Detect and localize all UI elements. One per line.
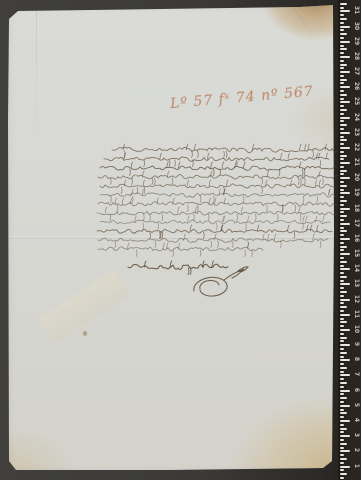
ruler-tick (340, 458, 347, 460)
ruler-tick (340, 45, 344, 47)
ruler-tick (340, 374, 350, 376)
ruler-number: 26 (352, 81, 360, 91)
ruler-number: 3 (352, 430, 360, 440)
ruler-tick (340, 291, 347, 293)
ruler-tick (340, 223, 350, 225)
ruler-tick (340, 382, 347, 384)
ruler-number: 13 (352, 278, 360, 288)
ruler-number: 9 (352, 339, 360, 349)
ruler-tick (340, 117, 350, 119)
ruler-number: 17 (352, 218, 360, 228)
ruler-tick (340, 265, 344, 267)
ruler-tick (340, 242, 344, 244)
ruler-tick (340, 22, 344, 24)
ruler-tick (340, 234, 344, 236)
ruler-tick (340, 325, 344, 327)
ruler-tick (340, 397, 347, 399)
ruler-tick (340, 151, 344, 153)
ruler-tick (340, 94, 347, 96)
ruler-tick (340, 390, 350, 392)
ruler-tick (340, 401, 344, 403)
ruler-tick (340, 416, 344, 418)
ruler-tick (340, 333, 344, 335)
ruler-tick (340, 450, 350, 452)
ruler-number: 25 (352, 96, 360, 106)
ruler-number: 15 (352, 248, 360, 258)
ruler-tick (340, 60, 344, 62)
ruler-number: 30 (352, 21, 360, 31)
ruler-tick (340, 253, 350, 255)
scan-photograph: Lº 57 fˢ 74 nº 567 313029282726252423222… (0, 0, 361, 480)
ruler-tick (340, 71, 350, 73)
ruler-tick (340, 321, 347, 323)
fold-crease-corner (284, 0, 319, 46)
ruler-tick (340, 37, 344, 39)
ruler-tick (340, 454, 344, 456)
fold-crease-vertical (36, 11, 37, 151)
ruler-tick (340, 86, 350, 88)
ruler-tick (340, 215, 347, 217)
ruler-tick (340, 18, 347, 20)
ruler-tick (340, 192, 350, 194)
ruler-tick (340, 136, 344, 138)
ruler-tick (340, 431, 344, 433)
ruler-tick (340, 359, 350, 361)
ruler-tick (340, 147, 350, 149)
ruler-tick (340, 246, 347, 248)
ruler-tick (340, 105, 344, 107)
ruler-tick (340, 447, 344, 449)
ruler-number: 6 (352, 385, 360, 395)
ruler-tick (340, 314, 350, 316)
ruler-tick (340, 52, 344, 54)
ruler-tick (340, 295, 344, 297)
ruler-tick (340, 10, 350, 12)
ruler-tick (340, 405, 350, 407)
ruler-tick (340, 139, 347, 141)
fold-crease-horizontal (9, 236, 333, 239)
ruler-tick (340, 14, 344, 16)
ruler-tick (340, 41, 350, 43)
ruler-number: 28 (352, 51, 360, 61)
ruler-tick (340, 412, 347, 414)
archival-reference-mark: Lº 57 fˢ 74 nº 567 (170, 84, 311, 112)
ruler-tick (340, 98, 344, 100)
ruler-tick (340, 329, 350, 331)
ruler-tick (340, 56, 350, 58)
ruler-tick (340, 340, 344, 342)
ruler-tick (340, 155, 347, 157)
ruler-tick (340, 424, 344, 426)
ruler-number: 8 (352, 354, 360, 364)
ruler-tick (340, 435, 350, 437)
ruler-tick (340, 109, 347, 111)
ruler-tick (340, 181, 344, 183)
ruler-tick (340, 386, 344, 388)
ruler-tick (340, 196, 344, 198)
ruler-tick (340, 393, 344, 395)
ruler-tick (340, 230, 347, 232)
ruler-tick (340, 268, 350, 270)
ruler-tick (340, 113, 344, 115)
ruler-tick (340, 48, 347, 50)
ruler-tick (340, 469, 344, 471)
ruler-tick (340, 473, 347, 475)
ruler-tick (340, 170, 347, 172)
ruler-tick (340, 120, 344, 122)
ruler-tick (340, 283, 350, 285)
ruler-tick (340, 367, 347, 369)
ruler-number: 2 (352, 445, 360, 455)
ruler-tick (340, 356, 344, 358)
ruler-tick (340, 318, 344, 320)
ruler-number: 23 (352, 127, 360, 137)
ruler-tick (340, 7, 344, 9)
ruler-number: 20 (352, 172, 360, 182)
ruler-tick (340, 276, 347, 278)
ruler-number: 27 (352, 66, 360, 76)
ruler-tick (340, 211, 344, 213)
ruler-tick (340, 128, 344, 130)
ruler-tick (340, 344, 350, 346)
ruler-number: 21 (352, 157, 360, 167)
ruler-tick (340, 219, 344, 221)
ruler-tick (340, 409, 344, 411)
ruler-tick (340, 67, 344, 69)
ruler-tick (340, 337, 347, 339)
ruler-tick (340, 90, 344, 92)
ruler-tick (340, 249, 344, 251)
ruler-number: 18 (352, 203, 360, 213)
ruler-tick (340, 420, 350, 422)
ruler-tick (340, 29, 344, 31)
ruler-tick (340, 208, 350, 210)
ruler-tick (340, 79, 347, 81)
ruler-number: 29 (352, 36, 360, 46)
ruler-tick (340, 257, 344, 259)
ruler-tick (340, 462, 344, 464)
ruler-number: 11 (352, 309, 360, 319)
ruler-tick (340, 352, 347, 354)
ruler-tick (340, 200, 347, 202)
ruler-tick (340, 101, 350, 103)
ruler-number: 31 (352, 5, 360, 15)
ruler-tick (340, 238, 350, 240)
ruler-number: 4 (352, 415, 360, 425)
ruler-tick (340, 124, 347, 126)
ruler-tick (340, 287, 344, 289)
ruler-tick (340, 75, 344, 77)
ruler-tick (340, 261, 347, 263)
ruler-tick (340, 439, 344, 441)
ruler-tick (340, 477, 344, 479)
ruler-number: 22 (352, 142, 360, 152)
ruler-tick (340, 280, 344, 282)
ruler-tick (340, 143, 344, 145)
ruler-tick (340, 166, 344, 168)
ruler-number: 14 (352, 263, 360, 273)
ruler-tick (340, 378, 344, 380)
ruler-tick (340, 26, 350, 28)
ruler-tick (340, 363, 344, 365)
ruler-number: 7 (352, 369, 360, 379)
ruler-tick (340, 348, 344, 350)
ruler-tick (340, 177, 350, 179)
ruler-number: 19 (352, 187, 360, 197)
ruler-tick (340, 227, 344, 229)
ruler-tick (340, 3, 347, 5)
ruler-tick (340, 185, 347, 187)
ruler-tick (340, 82, 344, 84)
ruler-tick (340, 204, 344, 206)
ruler-tick (340, 162, 350, 164)
ruler-tick (340, 306, 347, 308)
ruler-tick (340, 189, 344, 191)
ruler-number: 10 (352, 324, 360, 334)
measurement-ruler: 3130292827262524232221201918171615141312… (338, 0, 361, 480)
ruler-tick (340, 310, 344, 312)
ruler-tick (340, 64, 347, 66)
ruler-tick (340, 173, 344, 175)
ruler-tick (340, 132, 350, 134)
ruler-number: 16 (352, 233, 360, 243)
ruler-tick (340, 443, 347, 445)
ruler-number: 24 (352, 112, 360, 122)
ruler-tick (340, 272, 344, 274)
ruler-tick (340, 371, 344, 373)
ruler-tick (340, 302, 344, 304)
ink-speck (83, 331, 87, 336)
ruler-tick (340, 466, 350, 468)
ruler-tick (340, 428, 347, 430)
ruler-tick (340, 299, 350, 301)
ruler-number: 12 (352, 294, 360, 304)
document-paper: Lº 57 fˢ 74 nº 567 (0, 0, 361, 480)
ruler-number: 5 (352, 400, 360, 410)
ruler-number: 1 (352, 461, 360, 471)
ruler-tick (340, 33, 347, 35)
ruler-tick (340, 158, 344, 160)
